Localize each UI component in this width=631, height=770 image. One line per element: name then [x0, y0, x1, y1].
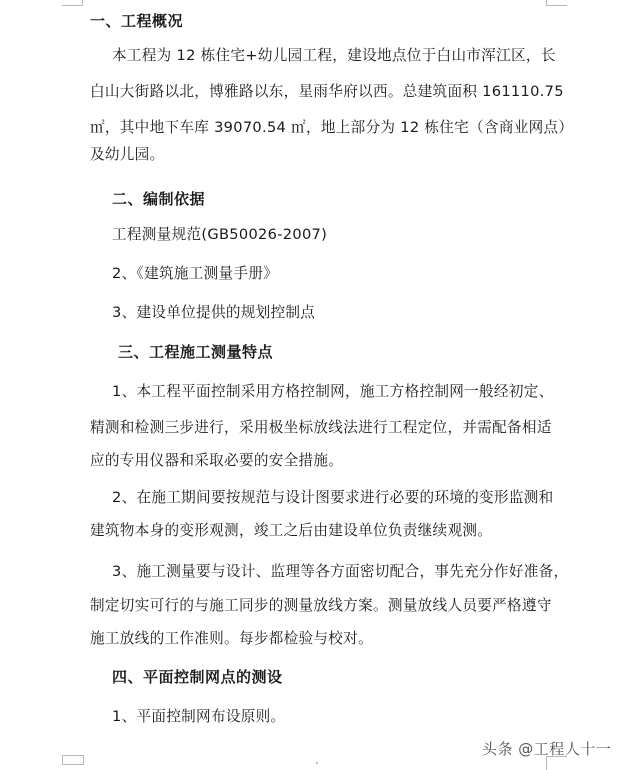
list-item: 工程测量规范(GB50026-2007)	[112, 226, 327, 244]
section-heading-features: 三、工程施工测量特点	[118, 343, 273, 361]
list-item: 3、建设单位提供的规划控制点	[112, 304, 315, 322]
paragraph-line: 制定切实可行的与施工同步的测量放线方案。测量放线人员要严格遵守	[90, 597, 552, 615]
paragraph-line: 3、施工测量要与设计、监理等各方面密切配合，事先充分作好准备，	[112, 563, 568, 581]
list-item: 1、平面控制网布设原则。	[112, 708, 285, 726]
section-heading-control-network: 四、平面控制网点的测设	[112, 668, 283, 686]
page-corner-mark-bottom-left	[62, 755, 84, 765]
paragraph-line: 白山大街路以北，博雅路以东，星雨华府以西。总建筑面积 161110.75	[90, 83, 564, 101]
paragraph-line: 1、本工程平面控制采用方格控制网，施工方格控制网一般经初定、	[112, 383, 554, 401]
list-item: 2、《建筑施工测量手册》	[112, 265, 278, 283]
paragraph-line: 应的专用仪器和采取必要的安全措施。	[90, 452, 343, 470]
paragraph-line: 本工程为 12 栋住宅+幼儿园工程，建设地点位于白山市浑江区，长	[112, 47, 556, 65]
paragraph-line: 建筑物本身的变形观测，竣工之后由建设单位负责继续观测。	[90, 522, 492, 540]
paragraph-line: 2、在施工期间要按规范与设计图要求进行必要的环境的变形监测和	[112, 489, 554, 507]
paragraph-line: ㎡，其中地下车库 39070.54 ㎡，地上部分为 12 栋住宅（含商业网点）	[90, 119, 573, 137]
document-page: 一、工程概况 本工程为 12 栋住宅+幼儿园工程，建设地点位于白山市浑江区，长 …	[0, 0, 631, 770]
page-corner-mark-top-right	[546, 0, 567, 6]
paragraph-line: 精测和检测三步进行，采用极坐标放线法进行工程定位，并需配备相适	[90, 419, 552, 437]
paragraph-line: 及幼儿园。	[90, 146, 164, 164]
section-heading-basis: 二、编制依据	[112, 190, 205, 208]
section-heading-overview: 一、工程概况	[90, 12, 183, 30]
watermark: 头条 @工程人十一	[482, 738, 611, 759]
paragraph-line: 施工放线的工作准则。每步都检验与校对。	[90, 630, 373, 648]
page-center-mark	[316, 762, 318, 764]
page-corner-mark-top-left	[62, 0, 83, 6]
